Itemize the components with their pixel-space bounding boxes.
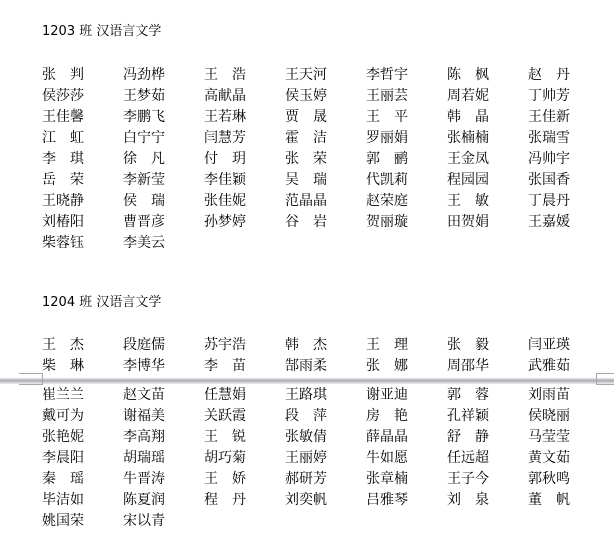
- student-name: 胡瑞瑶: [123, 449, 187, 467]
- student-name: 李佳颖: [204, 171, 268, 189]
- student-name: 王天河: [285, 66, 349, 84]
- student-name: 张瑞雪: [528, 129, 592, 147]
- student-name: 任远超: [447, 449, 511, 467]
- student-name: 丁晨丹: [528, 192, 592, 210]
- student-name: 霍 洁: [285, 129, 349, 147]
- student-name: 刘椿阳: [42, 213, 106, 231]
- student-name: 王嘉媛: [528, 213, 592, 231]
- student-name: 舒 静: [447, 428, 511, 446]
- student-name: 范晶晶: [285, 192, 349, 210]
- student-name: 崔兰兰: [42, 386, 106, 404]
- student-name: 付 玥: [204, 150, 268, 168]
- student-name: 谢亚迪: [366, 386, 430, 404]
- student-name: 岳 荣: [42, 171, 106, 189]
- student-name: 田贺娟: [447, 213, 511, 231]
- student-name: 王子今: [447, 470, 511, 488]
- student-name: 贺丽璇: [366, 213, 430, 231]
- student-name: 张佳妮: [204, 192, 268, 210]
- student-name: 牛如愿: [366, 449, 430, 467]
- student-name: 郭秋鸣: [528, 470, 592, 488]
- class-heading-1203: 1203 班 汉语言文学: [42, 24, 161, 40]
- student-name: 徐 凡: [123, 150, 187, 168]
- student-name: 谷 岩: [285, 213, 349, 231]
- student-name: 苏宇浩: [204, 336, 268, 354]
- student-name: 李新莹: [123, 171, 187, 189]
- student-name: 段 萍: [285, 407, 349, 425]
- student-name: 李晨阳: [42, 449, 106, 467]
- student-name: 冯劲桦: [123, 66, 187, 84]
- left-margin-corner-mark: [19, 373, 43, 385]
- student-name: 王 娇: [204, 470, 268, 488]
- student-name: 郭 蓉: [447, 386, 511, 404]
- student-name: 陈 枫: [447, 66, 511, 84]
- student-name: 柴 琳: [42, 357, 106, 375]
- student-name: 孔祥颖: [447, 407, 511, 425]
- student-name: 王 理: [366, 336, 430, 354]
- student-name: 毕洁如: [42, 491, 106, 509]
- student-name: 闫亚瑛: [528, 336, 592, 354]
- student-name: 王梦茹: [123, 87, 187, 105]
- student-name: 韩 晶: [447, 108, 511, 126]
- student-name: 姚国荣: [42, 512, 106, 530]
- student-name: 李 琪: [42, 150, 106, 168]
- student-name: 张章楠: [366, 470, 430, 488]
- student-name: 秦 瑶: [42, 470, 106, 488]
- student-name: 张艳妮: [42, 428, 106, 446]
- student-name: 谢福美: [123, 407, 187, 425]
- student-name: 罗丽娟: [366, 129, 430, 147]
- student-name: 代凯莉: [366, 171, 430, 189]
- student-name: 李美云: [123, 234, 187, 252]
- student-name: 吴 瑞: [285, 171, 349, 189]
- student-name: 张楠楠: [447, 129, 511, 147]
- student-name: 王 杰: [42, 336, 106, 354]
- right-margin-corner-mark: [596, 373, 614, 385]
- page-break-separator: [0, 378, 614, 384]
- student-name: 黄文茹: [528, 449, 592, 467]
- student-name: 房 艳: [366, 407, 430, 425]
- student-name: 王路琪: [285, 386, 349, 404]
- student-name: 王丽芸: [366, 87, 430, 105]
- student-name: 李 苗: [204, 357, 268, 375]
- student-name: 丁帅芳: [528, 87, 592, 105]
- student-name: 关跃霞: [204, 407, 268, 425]
- student-name: 郭 鹂: [366, 150, 430, 168]
- student-name: 张 荣: [285, 150, 349, 168]
- student-name: 侯 瑞: [123, 192, 187, 210]
- student-name: 王佳新: [528, 108, 592, 126]
- student-name: 薛晶晶: [366, 428, 430, 446]
- class-heading-1204: 1204 班 汉语言文学: [42, 295, 161, 311]
- student-name: 程 丹: [204, 491, 268, 509]
- student-name: 韩 杰: [285, 336, 349, 354]
- student-name: 王 平: [366, 108, 430, 126]
- student-name: 王丽婷: [285, 449, 349, 467]
- student-name: 宋以青: [123, 512, 187, 530]
- student-name: 闫慧芳: [204, 129, 268, 147]
- student-name: 牛晋涛: [123, 470, 187, 488]
- student-name: 周邵华: [447, 357, 511, 375]
- student-name: 张 判: [42, 66, 106, 84]
- student-name: 李哲宇: [366, 66, 430, 84]
- student-name: 张 娜: [366, 357, 430, 375]
- student-name: 赵 丹: [528, 66, 592, 84]
- student-name: 陈夏润: [123, 491, 187, 509]
- student-name: 董 帆: [528, 491, 592, 509]
- student-name: 段庭儒: [123, 336, 187, 354]
- student-name: 侯晓丽: [528, 407, 592, 425]
- student-name: 刘奕帆: [285, 491, 349, 509]
- student-name: 高献晶: [204, 87, 268, 105]
- student-name: 孙梦婷: [204, 213, 268, 231]
- student-name: 冯帅宇: [528, 150, 592, 168]
- student-name: 白宁宁: [123, 129, 187, 147]
- student-name: 任慧娟: [204, 386, 268, 404]
- student-name: 李鹏飞: [123, 108, 187, 126]
- student-name: 曹晋彦: [123, 213, 187, 231]
- student-name: 戴可为: [42, 407, 106, 425]
- student-name: 胡巧菊: [204, 449, 268, 467]
- student-name: 程园园: [447, 171, 511, 189]
- student-name: 王 敏: [447, 192, 511, 210]
- student-name: 周若妮: [447, 87, 511, 105]
- student-name: 郝研芳: [285, 470, 349, 488]
- student-name: 王 浩: [204, 66, 268, 84]
- student-name: 刘雨苗: [528, 386, 592, 404]
- student-name: 吕雅琴: [366, 491, 430, 509]
- student-name: 赵荣庭: [366, 192, 430, 210]
- student-name: 张 毅: [447, 336, 511, 354]
- student-name: 侯玉婷: [285, 87, 349, 105]
- student-name: 张敏倩: [285, 428, 349, 446]
- student-name: 柴蓉钰: [42, 234, 106, 252]
- student-name: 张国香: [528, 171, 592, 189]
- student-name: 郜雨柔: [285, 357, 349, 375]
- student-name: 贾 晟: [285, 108, 349, 126]
- student-name: 李高翔: [123, 428, 187, 446]
- student-name: 侯莎莎: [42, 87, 106, 105]
- student-name: 武雅茹: [528, 357, 592, 375]
- student-name: 王 锐: [204, 428, 268, 446]
- student-name: 李博华: [123, 357, 187, 375]
- document-page: 1203 班 汉语言文学 张 判 冯劲桦 王 浩 王天河 李哲宇 陈 枫 赵 丹…: [0, 0, 614, 556]
- student-name: 江 虹: [42, 129, 106, 147]
- student-name: 赵文苗: [123, 386, 187, 404]
- student-name: 马莹莹: [528, 428, 592, 446]
- student-name: 王晓静: [42, 192, 106, 210]
- student-name: 王若琳: [204, 108, 268, 126]
- student-name: 王佳馨: [42, 108, 106, 126]
- student-name: 王金凤: [447, 150, 511, 168]
- student-name: 刘 泉: [447, 491, 511, 509]
